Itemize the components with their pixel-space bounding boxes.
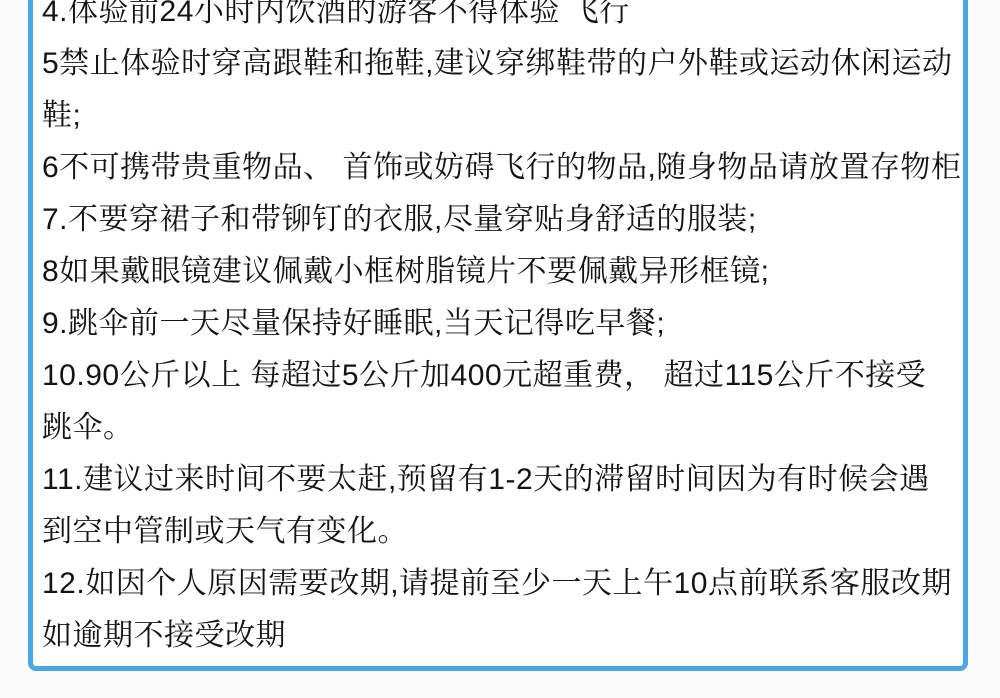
notice-line: 12.如因个人原因需要改期,请提前至少一天上午10点前联系客服改期 [42,558,957,610]
notice-line: 跳伞。 [42,402,957,454]
notice-box: 4.体验前24小时内饮酒的游客不得体验 飞行 5禁止体验时穿高跟鞋和拖鞋,建议穿… [28,0,968,671]
notice-line: 鞋; [42,90,957,142]
notice-line: 到空中管制或天气有变化。 [42,506,957,558]
notice-line: 7.不要穿裙子和带铆钉的衣服,尽量穿贴身舒适的服装; [42,194,957,246]
notice-line: 4.体验前24小时内饮酒的游客不得体验 飞行 [42,0,957,38]
notice-text-block: 4.体验前24小时内饮酒的游客不得体验 飞行 5禁止体验时穿高跟鞋和拖鞋,建议穿… [33,0,963,666]
notice-line: 9.跳伞前一天尽量保持好睡眠,当天记得吃早餐; [42,298,957,350]
notice-line: 8如果戴眼镜建议佩戴小框树脂镜片不要佩戴异形框镜; [42,246,957,298]
notice-line: 10.90公斤以上 每超过5公斤加400元超重费， 超过115公斤不接受 [42,350,957,402]
notice-line: 5禁止体验时穿高跟鞋和拖鞋,建议穿绑鞋带的户外鞋或运动休闲运动 [42,38,957,90]
notice-line: 11.建议过来时间不要太赶,预留有1-2天的滞留时间因为有时候会遇 [42,454,957,506]
notice-line: 如逾期不接受改期 [42,610,957,662]
notice-line: 6不可携带贵重物品、 首饰或妨碍飞行的物品,随身物品请放置存物柜 [42,142,957,194]
